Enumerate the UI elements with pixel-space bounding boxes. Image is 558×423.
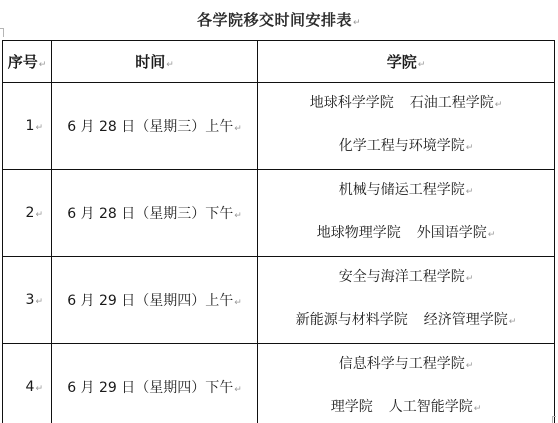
paragraph-mark: ↵ [466, 361, 474, 371]
table-row: 3↵ 6 月 29 日（星期四）上午↵ 安全与海洋工程学院↵ 新能源与材料学院经… [3, 257, 555, 344]
paragraph-mark: ↵ [39, 60, 47, 70]
row-colleges: 信息科学与工程学院↵ 理学院人工智能学院↵ [258, 344, 555, 423]
row-colleges: 机械与储运工程学院↵ 地球物理学院外国语学院↵ [258, 170, 555, 257]
paragraph-mark: ↵ [466, 143, 474, 153]
table-header-row: 序号↵ 时间↵ 学院↵ [3, 41, 555, 83]
college-line: 理学院人工智能学院↵ [258, 387, 554, 423]
row-time-text: 6 月 28 日（星期三）下午 [67, 206, 233, 222]
row-number: 4↵ [3, 344, 52, 423]
college-name: 安全与海洋工程学院 [339, 269, 465, 285]
row-time-text: 6 月 28 日（星期三）上午 [67, 119, 233, 135]
row-time: 6 月 29 日（星期四）上午↵ [52, 257, 258, 344]
college-name: 信息科学与工程学院 [339, 356, 465, 372]
paragraph-mark: ↵ [474, 404, 482, 414]
row-time: 6 月 28 日（星期三）上午↵ [52, 83, 258, 170]
page-corner-mark [552, 416, 556, 423]
table-row: 1↵ 6 月 28 日（星期三）上午↵ 地球科学学院石油工程学院↵ 化学工程与环… [3, 83, 555, 170]
college-name: 经济管理学院 [424, 312, 508, 328]
college-name: 新能源与材料学院 [296, 312, 408, 328]
college-name: 人工智能学院 [389, 399, 473, 415]
college-name: 地球物理学院 [317, 225, 401, 241]
paragraph-mark: ↵ [35, 210, 43, 220]
paragraph-mark: ↵ [166, 60, 174, 70]
paragraph-mark: ↵ [488, 230, 496, 240]
paragraph-mark: ↵ [466, 274, 474, 284]
college-line: 地球科学学院石油工程学院↵ [258, 83, 554, 126]
college-name: 地球科学学院 [310, 95, 394, 111]
header-time-label: 时间 [135, 53, 165, 71]
row-time-text: 6 月 29 日（星期四）上午 [67, 293, 233, 309]
paragraph-mark: ↵ [353, 18, 361, 28]
college-line: 安全与海洋工程学院↵ [258, 257, 554, 300]
college-line: 机械与储运工程学院↵ [258, 170, 554, 213]
paragraph-mark: ↵ [234, 211, 242, 221]
row-time: 6 月 29 日（星期四）下午↵ [52, 344, 258, 423]
paragraph-mark: ↵ [495, 100, 503, 110]
college-name: 机械与储运工程学院 [339, 182, 465, 198]
college-line: 化学工程与环境学院↵ [258, 126, 554, 169]
header-no-label: 序号 [8, 53, 38, 71]
row-number: 1↵ [3, 83, 52, 170]
paragraph-mark: ↵ [35, 297, 43, 307]
header-time: 时间↵ [52, 41, 258, 83]
college-name: 理学院 [331, 399, 373, 415]
paragraph-mark: ↵ [234, 124, 242, 134]
college-name: 外国语学院 [417, 225, 487, 241]
document-title: 各学院移交时间安排表↵ [0, 9, 558, 30]
college-line: 新能源与材料学院经济管理学院↵ [258, 300, 554, 343]
row-number-text: 3 [26, 292, 35, 308]
row-number: 3↵ [3, 257, 52, 344]
table-row: 2↵ 6 月 28 日（星期三）下午↵ 机械与储运工程学院↵ 地球物理学院外国语… [3, 170, 555, 257]
row-time-text: 6 月 29 日（星期四）下午 [67, 380, 233, 396]
paragraph-mark: ↵ [234, 385, 242, 395]
college-name: 化学工程与环境学院 [339, 138, 465, 154]
title-text: 各学院移交时间安排表 [197, 11, 352, 29]
paragraph-mark: ↵ [418, 60, 426, 70]
table-row: 4↵ 6 月 29 日（星期四）下午↵ 信息科学与工程学院↵ 理学院人工智能学院… [3, 344, 555, 423]
row-colleges: 安全与海洋工程学院↵ 新能源与材料学院经济管理学院↵ [258, 257, 555, 344]
header-college-label: 学院 [387, 53, 417, 71]
paragraph-mark: ↵ [509, 317, 517, 327]
header-no: 序号↵ [3, 41, 52, 83]
schedule-table: 序号↵ 时间↵ 学院↵ 1↵ 6 月 28 日（星期三）上午↵ 地球科学学院石油… [2, 40, 555, 423]
row-number-text: 4 [26, 379, 35, 395]
college-line: 地球物理学院外国语学院↵ [258, 213, 554, 256]
row-number: 2↵ [3, 170, 52, 257]
paragraph-mark: ↵ [35, 123, 43, 133]
college-name: 石油工程学院 [410, 95, 494, 111]
paragraph-mark: ↵ [35, 384, 43, 394]
header-college: 学院↵ [258, 41, 555, 83]
row-number-text: 2 [26, 205, 35, 221]
paragraph-mark: ↵ [234, 298, 242, 308]
row-time: 6 月 28 日（星期三）下午↵ [52, 170, 258, 257]
row-number-text: 1 [26, 118, 35, 134]
college-line: 信息科学与工程学院↵ [258, 344, 554, 387]
paragraph-mark: ↵ [466, 187, 474, 197]
row-colleges: 地球科学学院石油工程学院↵ 化学工程与环境学院↵ [258, 83, 555, 170]
